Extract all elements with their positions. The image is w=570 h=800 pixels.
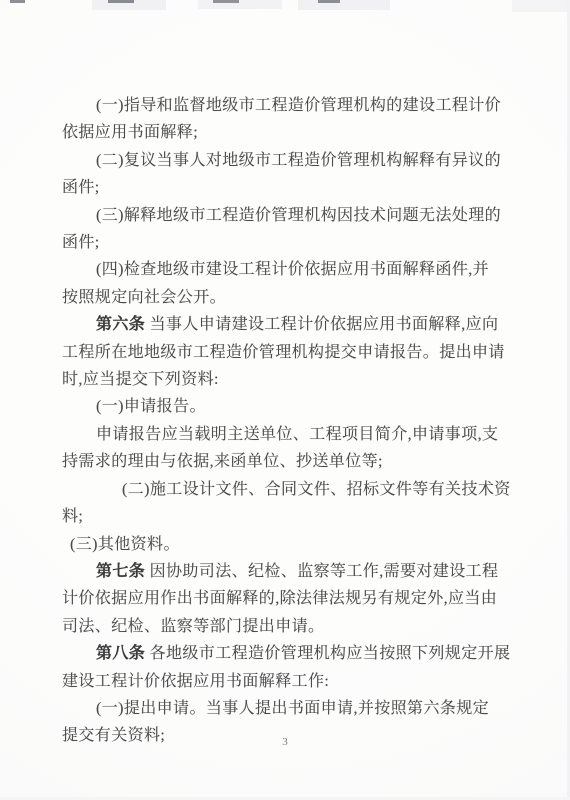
article-6-paragraph: 第六条 当事人申请建设工程计价依据应用书面解释,应向 工程所在地地级市工程造价管… [62,311,520,393]
scan-smudge-1 [92,0,166,10]
paragraph-text: (一)指导和监督地级市工程造价管理机构的建设工程计价 依据应用书面解释; [62,97,501,141]
article-6-item-1: (一)申请报告。 [62,393,520,420]
paragraph-text: 申请报告应当载明主送单位、工程项目简介,申请事项,支 持需求的理由与依据,来函单… [62,426,498,470]
clause-item-3: (三)解释地级市工程造价管理机构因技术问题无法处理的 函件; [62,202,520,257]
clause-item-2: (二)复议当事人对地级市工程造价管理机构解释有异议的 函件; [62,147,520,202]
article-number: 第六条 [96,316,145,333]
scan-mark-2 [108,0,134,3]
scan-mark-4 [318,0,340,3]
paragraph-text: (二)复议当事人对地级市工程造价管理机构解释有异议的 函件; [62,152,501,196]
article-number: 第七条 [96,563,145,580]
paragraph-text: (三)解释地级市工程造价管理机构因技术问题无法处理的 函件; [62,207,501,251]
clause-item-1: (一)指导和监督地级市工程造价管理机构的建设工程计价 依据应用书面解释; [62,92,520,147]
scan-smudge-4 [512,0,570,12]
scanned-document-page: (一)指导和监督地级市工程造价管理机构的建设工程计价 依据应用书面解释; (二)… [0,0,570,800]
scan-smudge-2 [198,0,282,9]
article-6-item-1-note: 申请报告应当载明主送单位、工程项目简介,申请事项,支 持需求的理由与依据,来函单… [62,421,520,476]
article-6-item-2: (二)施工设计文件、合同文件、招标文件等有关技术资 料; [62,476,520,531]
scan-smudge-3 [298,0,390,10]
scan-mark-3 [213,0,239,3]
document-body: (一)指导和监督地级市工程造价管理机构的建设工程计价 依据应用书面解释; (二)… [62,92,520,750]
paragraph-text: (四)检查地级市建设工程计价依据应用书面解释函件,并 按照规定向社会公开。 [62,261,489,305]
page-number: 3 [0,736,570,748]
article-7-paragraph: 第七条 因协助司法、纪检、监察等工作,需要对建设工程 计价依据应用作出书面解释的… [62,558,520,640]
scan-mark-1 [10,0,25,3]
article-6-item-3: (三)其他资料。 [62,531,520,558]
paragraph-text: (三)其他资料。 [70,536,180,553]
paragraph-text: (二)施工设计文件、合同文件、招标文件等有关技术资 料; [62,481,511,525]
clause-item-4: (四)检查地级市建设工程计价依据应用书面解释函件,并 按照规定向社会公开。 [62,256,520,311]
paragraph-text: (一)申请报告。 [96,398,206,415]
article-8-paragraph: 第八条 各地级市工程造价管理机构应当按照下列规定开展 建设工程计价依据应用书面解… [62,640,520,695]
article-number: 第八条 [96,645,145,662]
